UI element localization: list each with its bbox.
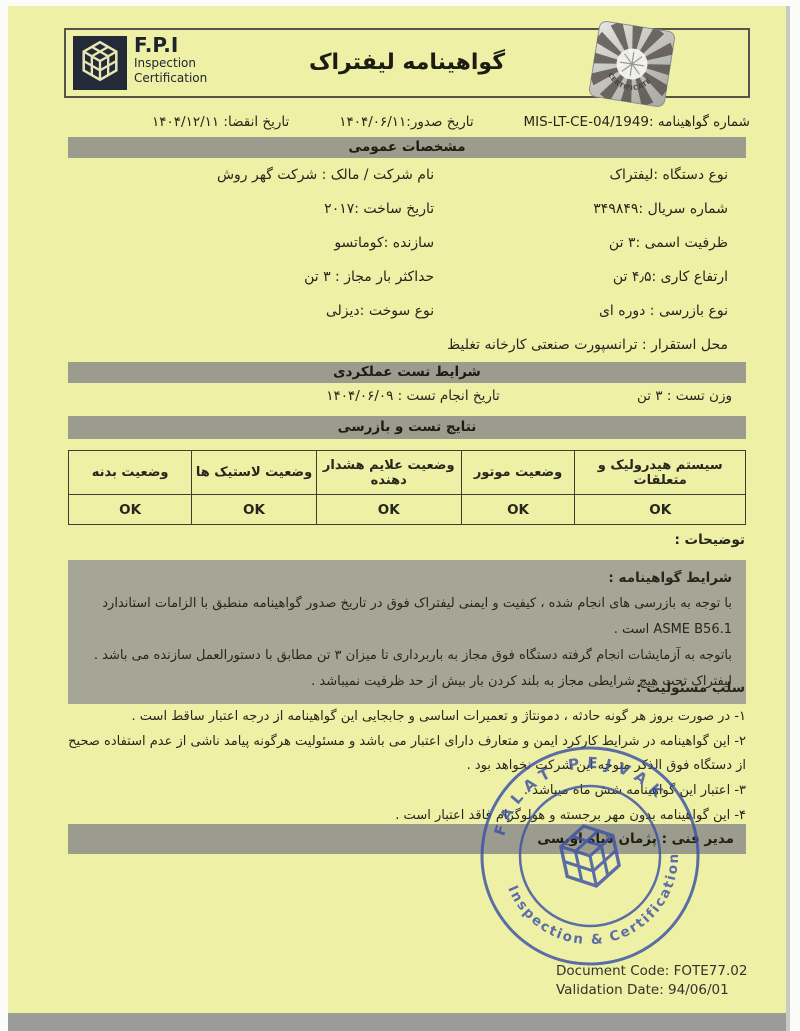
general-specs: نوع دستگاه :لیفتراک نام شرکت / مالک : شر… (68, 158, 746, 362)
results-table: سیستم هیدرولیک و متعلقات وضعیت موتور وضع… (68, 450, 746, 525)
col-engine-status: وضعیت موتور (461, 451, 575, 495)
spec-max-load: حداکثر بار مجاز : ۳ تن (68, 260, 434, 294)
scan-right-edge (786, 6, 790, 1031)
col-body-status: وضعیت بدنه (69, 451, 192, 495)
test-weight: وزن تست : ۳ تن (637, 388, 732, 404)
col-hydraulic-system: سیستم هیدرولیک و متعلقات (575, 451, 746, 495)
spec-fuel-type: نوع سوخت :دیزلی (68, 294, 434, 328)
spec-manufacturer: سازنده :کوماتسو (68, 226, 434, 260)
spec-nominal-capacity: ظرفیت اسمی :۳ تن (434, 226, 746, 260)
notes-label: توضیحات : (674, 532, 745, 548)
val-body-status: OK (69, 495, 192, 525)
disclaimer-title: سلب مسئولیت : (636, 680, 745, 696)
test-conditions-row: وزن تست : ۳ تن تاریخ انجام تست : ۱۴۰۴/۰۶… (68, 388, 746, 412)
spec-owner-company: نام شرکت / مالک : شرکت گهر روش (68, 158, 434, 192)
section-header-general-specs: مشخصات عمومی (68, 137, 746, 158)
hologram-sticker: CERTIFICATE (582, 14, 683, 115)
issue-date: تاریخ صدور:۱۴۰۴/۰۶/۱۱ (339, 114, 473, 130)
certificate-page: F.P.I Inspection Certification گواهینامه… (8, 6, 786, 1013)
spec-working-height: ارتفاع کاری :۴٫۵ تن (434, 260, 746, 294)
spec-empty (68, 328, 434, 362)
section-header-test-conditions: شرایط تست عملکردی (68, 362, 746, 383)
certificate-number: شماره گواهینامه :MIS-LT-CE-04/1949 (524, 114, 751, 130)
condition-line: با توجه به بازرسی های انجام شده ، کیفیت … (78, 591, 732, 643)
company-stamp: FALAT PEJVAK Inspection & Certification (455, 721, 725, 991)
validation-date: Validation Date: 94/06/01 (556, 981, 747, 1000)
val-tires-status: OK (192, 495, 317, 525)
spec-inspection-type: نوع بازرسی : دوره ای (434, 294, 746, 328)
disclaimer-item: ۱- در صورت بروز هر گونه حادثه ، دمونتاژ … (68, 705, 746, 729)
spec-row: نوع بازرسی : دوره ای نوع سوخت :دیزلی (68, 294, 746, 328)
val-engine-status: OK (461, 495, 575, 525)
results-header-row: سیستم هیدرولیک و متعلقات وضعیت موتور وضع… (69, 451, 746, 495)
scan-bottom-edge (8, 1013, 786, 1031)
spec-row: نوع دستگاه :لیفتراک نام شرکت / مالک : شر… (68, 158, 746, 192)
val-warning-signals: OK (316, 495, 461, 525)
spec-row: شماره سریال :۳۴۹۸۴۹ تاریخ ساخت :۲۰۱۷ (68, 192, 746, 226)
section-header-results: نتایج تست و بازرسی (68, 416, 746, 439)
spec-serial-number: شماره سریال :۳۴۹۸۴۹ (434, 192, 746, 226)
spec-build-year: تاریخ ساخت :۲۰۱۷ (68, 192, 434, 226)
spec-row: ارتفاع کاری :۴٫۵ تن حداکثر بار مجاز : ۳ … (68, 260, 746, 294)
spec-device-type: نوع دستگاه :لیفتراک (434, 158, 746, 192)
col-tires-status: وضعیت لاستیک ها (192, 451, 317, 495)
spec-row: محل استقرار : ترانسپورت صنعتی کارخانه تغ… (68, 328, 746, 362)
spec-location: محل استقرار : ترانسپورت صنعتی کارخانه تغ… (434, 328, 746, 362)
spec-row: ظرفیت اسمی :۳ تن سازنده :کوماتسو (68, 226, 746, 260)
condition-line: لیفتراک تحت هیچ شرایطی مجاز به بلند کردن… (78, 669, 732, 695)
results-value-row: OK OK OK OK OK (69, 495, 746, 525)
conditions-title: شرایط گواهینامه : (78, 566, 732, 591)
val-hydraulic-system: OK (575, 495, 746, 525)
stamp-cube-icon (558, 821, 623, 892)
condition-line: باتوجه به آزمایشات انجام گرفته دستگاه فو… (78, 643, 732, 669)
certificate-meta-row: شماره گواهینامه :MIS-LT-CE-04/1949 تاریخ… (64, 114, 750, 130)
test-date: تاریخ انجام تست : ۱۴۰۴/۰۶/۰۹ (283, 388, 543, 404)
col-warning-signals: وضعیت علایم هشدار دهنده (316, 451, 461, 495)
expiry-date: تاریخ انقضا: ۱۴۰۴/۱۲/۱۱ (152, 114, 289, 130)
